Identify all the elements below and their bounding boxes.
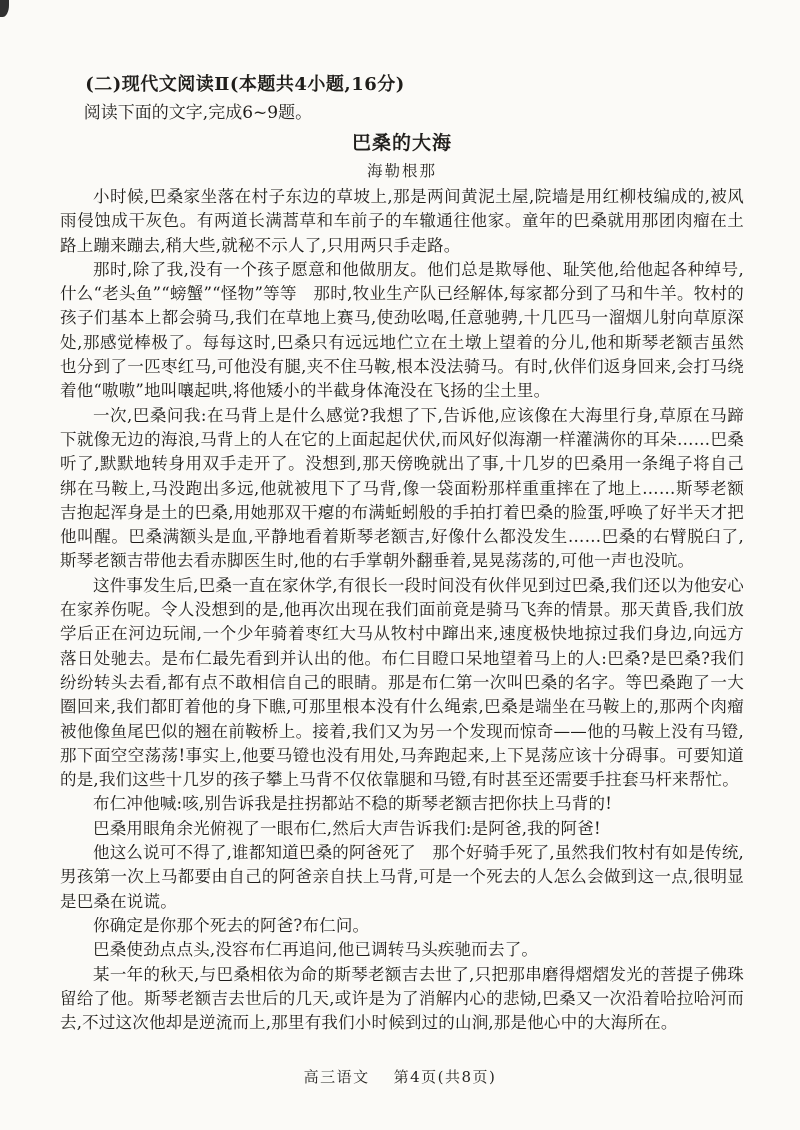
paragraph-dialogue: 你确定是你那个死去的阿爸?布仁问。 — [60, 914, 744, 938]
paragraph-dialogue: 布仁冲他喊:咳,别告诉我是拄拐都站不稳的斯琴老额吉把你扶上马背的! — [60, 792, 744, 816]
paragraph-dialogue: 巴桑用眼角余光俯视了一眼布仁,然后大声告诉我们:是阿爸,我的阿爸! — [60, 817, 744, 841]
footer-page-number: 第4页(共8页) — [394, 1068, 497, 1086]
article-title: 巴桑的大海 — [60, 128, 744, 158]
paragraph: 那时,除了我,没有一个孩子愿意和他做朋友。他们总是欺辱他、耻笑他,给他起各种绰号… — [60, 258, 744, 404]
page-footer: 高三语文第4页(共8页) — [0, 1066, 800, 1087]
paragraph: 小时候,巴桑家坐落在村子东边的草坡上,那是两间黄泥土屋,院墙是用红柳枝编成的,被… — [60, 185, 744, 258]
section-heading: (二)现代文阅读Ⅱ(本题共4小题,16分) — [60, 70, 744, 99]
paragraph: 一次,巴桑问我:在马背上是什么感觉?我想了下,告诉他,应该像在大海里行身,草原在… — [60, 404, 744, 574]
paragraph: 这件事发生后,巴桑一直在家休学,有很长一段时间没有伙伴见到过巴桑,我们还以为他安… — [60, 574, 744, 793]
paragraph: 某一年的秋天,与巴桑相依为命的斯琴老额吉去世了,只把那串磨得熠熠发光的菩提子佛珠… — [60, 963, 744, 1036]
footer-course-label: 高三语文 — [304, 1068, 370, 1086]
article-body: 小时候,巴桑家坐落在村子东边的草坡上,那是两间黄泥土屋,院墙是用红柳枝编成的,被… — [60, 185, 744, 1035]
article-author: 海勒根那 — [60, 158, 744, 185]
reading-instruction: 阅读下面的文字,完成6~9题。 — [60, 99, 744, 128]
exam-paper-page: (二)现代文阅读Ⅱ(本题共4小题,16分) 阅读下面的文字,完成6~9题。 巴桑… — [0, 0, 800, 1130]
paragraph: 他这么说可不得了,谁都知道巴桑的阿爸死了 那个好骑手死了,虽然我们牧村有如是传统… — [60, 841, 744, 914]
page-content: (二)现代文阅读Ⅱ(本题共4小题,16分) 阅读下面的文字,完成6~9题。 巴桑… — [60, 70, 744, 1035]
scan-artifact-mark — [0, 0, 9, 17]
paragraph-dialogue: 巴桑使劲点点头,没容布仁再追问,他已调转马头疾驰而去了。 — [60, 938, 744, 962]
